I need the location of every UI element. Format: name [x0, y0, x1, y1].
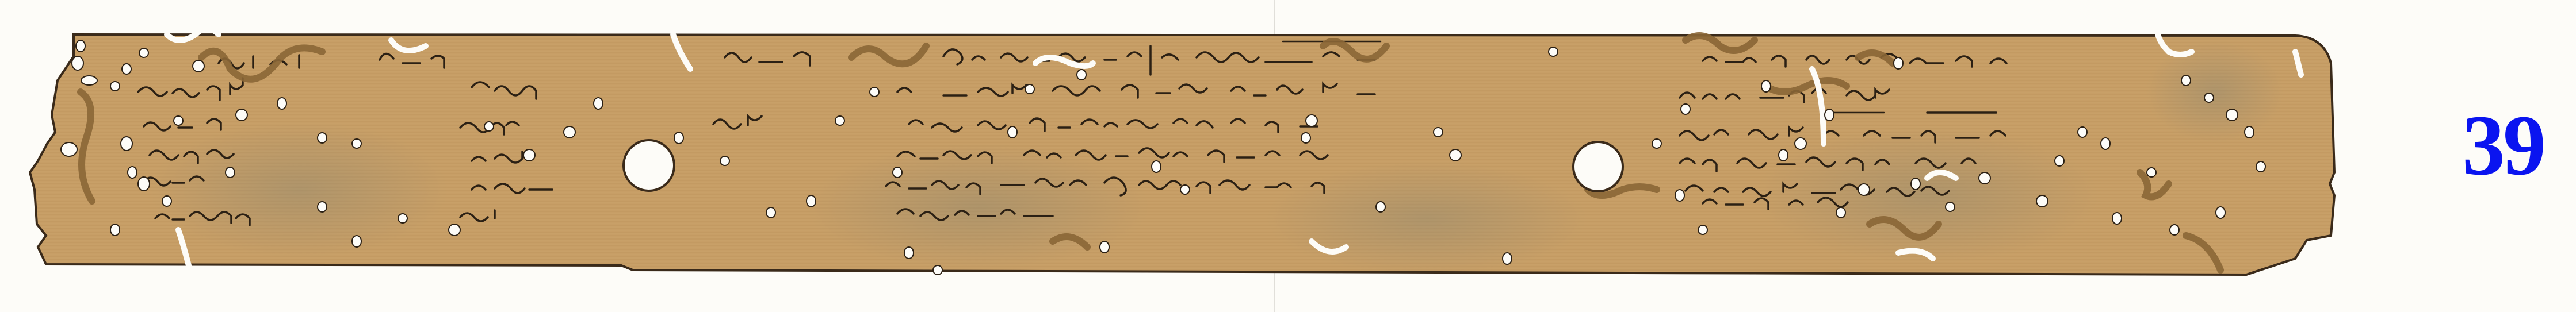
palm-leaf — [0, 0, 2576, 312]
page-number: 39 — [2462, 102, 2544, 188]
manuscript-scan: 39 — [0, 0, 2576, 312]
binding-hole-right — [1573, 142, 1623, 191]
binding-hole-left — [624, 140, 674, 191]
